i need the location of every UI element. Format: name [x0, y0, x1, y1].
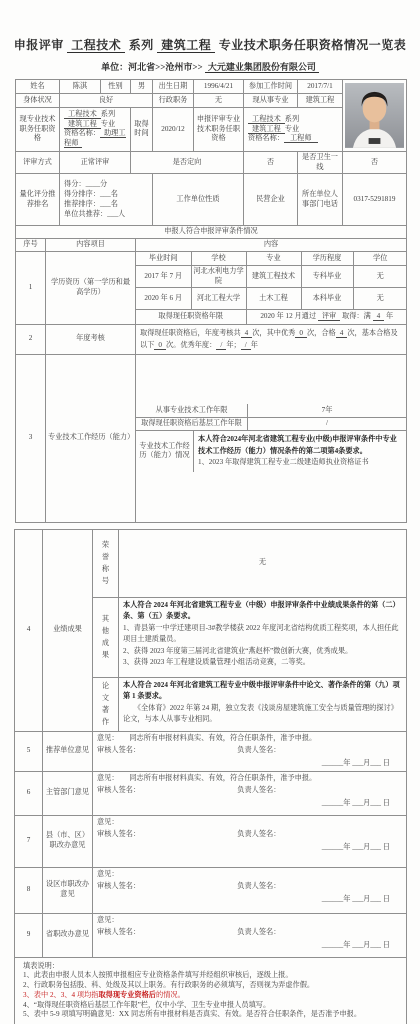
applicant-photo-image: [345, 83, 404, 148]
edu-header-major: 专业: [246, 252, 301, 265]
page-title: 申报评审 工程技术 系列 建筑工程 专业技术职务任职资格情况一览表: [0, 0, 420, 53]
current-series-suffix: 系列: [101, 110, 115, 118]
frontline-value: 否: [343, 151, 407, 173]
note-3-suffix: 的情况。: [156, 991, 185, 999]
opinion8-no: 8: [15, 867, 43, 913]
opinion6-signs: 审核人签名： 负责人签名：: [97, 786, 402, 796]
item1-label: 学历资历（第一学历和最高学历）: [46, 252, 136, 325]
frontline-label: 是否卫生一线: [298, 151, 343, 173]
title-major-value: 建筑工程: [157, 38, 215, 53]
papers-vertical: 论文著作: [102, 680, 109, 729]
quant-line-2: 得分排序：___名: [64, 190, 148, 200]
unit-type-value: 民营企业: [244, 174, 298, 226]
work-years-label: 从事专业技术工作年限: [136, 404, 248, 417]
other-achievements-label: 其他成果: [93, 597, 119, 677]
current-major2: 建筑工程: [64, 120, 101, 129]
opinion7-reviewer-sign: 审核人签名：: [97, 830, 237, 840]
item1-content: 毕业时间 学校 专业 学历程度 学位 2017 年 7 月 河北水利电力学院 建…: [136, 252, 407, 325]
apply-major: 建筑工程: [248, 125, 285, 134]
honor-title-vertical: 荣誉称号: [102, 539, 109, 588]
review-mode-value: 正常评审: [60, 151, 131, 173]
join-label: 参加工作时间: [244, 80, 298, 94]
note-3: 3、表中 2、3、4 项均指取得现专业资格后的情况。: [23, 991, 398, 1001]
opinion8-label: 设区市职改办意见: [43, 867, 93, 913]
current-major-suffix: 专业: [101, 120, 115, 128]
tenure-value: 2020 年 12 月通过 评审 取得：满 4 年: [246, 310, 407, 324]
apply-cert-label: 资格名称：: [248, 134, 284, 142]
assess-t7: 年: [251, 341, 258, 349]
personal-info-table: 姓名 陈淇 性别 男 出生日期 1996/4/21 参加工作时间 2017/7/…: [15, 79, 407, 226]
directional-value: 否: [244, 151, 298, 173]
quant-line-1: 得分：____分: [64, 180, 148, 190]
join-value: 2017/7/1: [298, 80, 343, 94]
other-item-3: 3、获得 2023 年工程建设质量管理小组活动竞赛，二等奖。: [123, 657, 402, 669]
col-header-no: 序号: [16, 239, 46, 252]
item2-label: 年度考核: [46, 325, 136, 354]
unit-value: 大元建业集团股份有限公司: [205, 62, 319, 73]
opinion9-no: 9: [15, 913, 43, 957]
opinion5-date: ______年 ___月___ 日: [97, 759, 402, 769]
conditions-section-header: 申报人符合申报评审条件情况: [16, 226, 407, 239]
assess-pass: 4: [336, 329, 348, 338]
current-title-label: 现专业技术职务任职资格: [16, 108, 60, 152]
opinion9-signs: 审核人签名： 负责人签名：: [97, 928, 402, 938]
opinion5-no: 5: [15, 731, 43, 771]
edu-row2-degree: 无: [353, 288, 407, 310]
birth-value: 1996/4/21: [194, 80, 244, 94]
conditions-table: 申报人符合申报评审条件情况 序号 内容项目 内容 1 学历资历（第一学历和最高学…: [15, 225, 407, 522]
opinion9-reviewer-sign: 审核人签名：: [97, 928, 237, 938]
item1-no: 1: [16, 252, 46, 325]
opinion8-signs: 审核人签名： 负责人签名：: [97, 882, 402, 892]
unit-label: 单位：河北省>>沧州市>>: [101, 62, 203, 72]
experience-label: 专业技术工作经历（能力）情况: [136, 431, 194, 472]
hr-phone-label: 所在单位人事部门电话: [298, 174, 343, 226]
opinion8-reviewer-sign: 审核人签名：: [97, 882, 237, 892]
opinion8-text: 意见：: [97, 870, 402, 880]
col-header-item: 内容项目: [46, 239, 136, 252]
assess-excellent: 0: [295, 329, 307, 338]
paper-claim: 本人符合 2024 年河北省建筑工程专业中级申报评审条件中论文、著作条件的第（九…: [123, 680, 402, 703]
achievements-opinions-table: 4 业绩成果 荣誉称号 无 其他成果 本人符合 2024 年河北省建筑工程专业（…: [14, 529, 407, 1024]
edu-header-degree-level: 学历程度: [301, 252, 353, 265]
apply-major-suffix: 专业: [285, 125, 299, 133]
note-1: 1、此表由申报人员本人按照申报相应专业资格条件填写并经组织审核后，逐级上报。: [23, 971, 398, 981]
papers-label: 论文著作: [93, 677, 119, 731]
opinion7-date: ______年 ___月___ 日: [97, 843, 402, 853]
edu-row1-degree: 无: [353, 265, 407, 287]
directional-label: 是否定向: [131, 151, 244, 173]
item3-content: 从事专业技术工作年限 7年 取得现任职资格后基层工作年限 / 专业技术工作经历（…: [136, 354, 407, 522]
experience-claim: 本人符合2024年河北省建筑工程专业(中级)申报评审条件中专业技术工作经历（能力…: [198, 434, 402, 457]
assess-t1: 取得现任职资格后，年度考核共: [140, 329, 241, 337]
edu-row2-degree-level: 本科毕业: [301, 288, 353, 310]
current-cert-label: 资格名称：: [64, 129, 100, 137]
opinion7-text: 意见：: [97, 818, 402, 828]
grassroots-row: 取得现任职资格后基层工作年限 /: [136, 417, 406, 430]
other-claim: 本人符合 2024 年河北省建筑工程专业（中级）申报评审条件中业绩成果条件的第（…: [123, 600, 402, 623]
title-suffix: 专业技术职务任职资格情况一览表: [219, 38, 407, 52]
opinion9-leader-sign: 负责人签名：: [237, 928, 280, 938]
title-series-value: 工程技术: [67, 38, 125, 53]
note-2: 2、行政职务包括股、科、处级及其以上职务。有行政职务的必须填写，否则视为弄虚作假…: [23, 981, 398, 991]
note-5: 5、表中 5-9 项填写明确意见：XX 同志所有申报材料是否真实、有效。是否符合…: [23, 1010, 398, 1020]
item3-subgrid: 从事专业技术工作年限 7年 取得现任职资格后基层工作年限 / 专业技术工作经历（…: [136, 404, 406, 472]
experience-entry-1: 1、2023 年取得建筑工程专业二级建造师执业资格证书: [198, 457, 402, 469]
note-4: 4、“取得现任职资格后基层工作年限”栏，仅中小学、卫生专业申报人员填写。: [23, 1001, 398, 1011]
notes-title: 填表说明：: [23, 962, 398, 972]
name-value: 陈淇: [60, 80, 101, 94]
opinion5-label: 推荐单位意见: [43, 731, 93, 771]
current-title-detail: 工程技术系列 建筑工程专业 资格名称：助理工程师: [60, 108, 131, 152]
health-label: 身体状况: [16, 94, 60, 108]
item3-label: 专业技术工作经历（能力）: [46, 354, 136, 522]
opinion5-content: 意见： 同志所有申报材料真实、有效，符合任职条件，准予申报。 审核人签名： 负责…: [93, 731, 407, 771]
apply-title-label: 申报评审专业技术职务任职资格: [194, 108, 244, 152]
tenure-t1: 2020 年 12 月通过: [260, 312, 316, 320]
opinion5-text: 意见： 同志所有申报材料真实、有效，符合任职条件，准予申报。: [97, 734, 402, 744]
form-notes: 填表说明： 1、此表由申报人员本人按照申报相应专业资格条件填写并经组织审核后，逐…: [15, 957, 407, 1024]
gender-value: 男: [131, 80, 153, 94]
work-years-row: 从事专业技术工作年限 7年: [136, 404, 406, 417]
opinion6-label: 主管部门意见: [43, 771, 93, 815]
obtain-time-label: 取得时间: [131, 108, 153, 152]
edu-header-school: 学校: [191, 252, 246, 265]
tenure-t3: 年: [386, 312, 393, 320]
opinion7-label: 县（市、区）职改办意见: [43, 815, 93, 867]
opinion6-content: 意见： 同志所有申报材料真实、有效，符合任职条件，准予申报。 审核人签名： 负责…: [93, 771, 407, 815]
opinion9-date: ______年 ___月___ 日: [97, 941, 402, 951]
assess-t6: 年；: [226, 341, 240, 349]
opinion8-content: 意见： 审核人签名： 负责人签名： ______年 ___月___ 日: [93, 867, 407, 913]
apply-cert-value: 工程师: [284, 134, 318, 143]
item3-no: 3: [16, 354, 46, 522]
tenure-label: 取得现任职资格年限: [136, 310, 246, 324]
assess-basic: 0: [154, 341, 166, 350]
tenure-t2: 取得：满: [342, 312, 371, 320]
item4-label: 业绩成果: [43, 529, 93, 731]
opinion5-signs: 审核人签名： 负责人签名：: [97, 746, 402, 756]
edu-row1-time: 2017 年 7 月: [136, 265, 191, 287]
work-years-value: 7年: [248, 404, 406, 417]
current-major-label: 现从事专业: [244, 94, 298, 108]
title-middle: 系列: [129, 38, 154, 52]
opinion7-no: 7: [15, 815, 43, 867]
honor-value: 无: [119, 529, 407, 597]
note-3-prefix: 3、表中 2、3、4 项均指: [23, 991, 98, 999]
title-prefix: 申报评审: [14, 38, 64, 52]
obtain-time-value: 2020/12: [153, 108, 194, 152]
paper-text: 《全体育》2022 年第 24 期，独立发表《浅谈房屋建筑施工安全与质量管理的探…: [123, 703, 402, 726]
quant-line-4: 单位共推荐：___人: [64, 210, 148, 220]
hr-phone-value: 0317-5291819: [343, 174, 407, 226]
opinion9-label: 省职改办意见: [43, 913, 93, 957]
experience-content: 本人符合2024年河北省建筑工程专业(中级)申报评审条件中专业技术工作经历（能力…: [194, 431, 406, 472]
assess-year2: /: [241, 341, 251, 350]
grassroots-value: /: [248, 418, 406, 430]
col-header-content: 内容: [136, 239, 407, 252]
opinion6-no: 6: [15, 771, 43, 815]
opinion9-text: 意见：: [97, 916, 402, 926]
current-series: 工程技术: [64, 110, 101, 119]
assess-total: 4: [241, 329, 253, 338]
apply-series: 工程技术: [248, 115, 285, 124]
opinion6-text: 意见： 同志所有申报材料真实、有效，符合任职条件，准予申报。: [97, 774, 402, 784]
gender-label: 性别: [101, 80, 131, 94]
edu-row2-major: 土木工程: [246, 288, 301, 310]
item2-content: 取得现任职资格后，年度考核共4次，其中优秀0次，合格4次，基本合格及以下0次。优…: [136, 325, 407, 354]
opinion6-date: ______年 ___月___ 日: [97, 799, 402, 809]
other-item-2: 2、获得 2023 年度第三届河北省建筑业“燕赵杯”微创新大赛，优秀成果。: [123, 646, 402, 658]
other-item-1: 1、青县第一中学迁建项目-3#教学楼获 2022 年度河北省结构优质工程奖项，本…: [123, 623, 402, 646]
assess-year1: /: [216, 341, 226, 350]
application-review-form-page: 申报评审 工程技术 系列 建筑工程 专业技术职务任职资格情况一览表 单位：河北省…: [0, 0, 420, 1024]
review-mode-label: 评审方式: [16, 151, 60, 173]
apply-series-suffix: 系列: [285, 115, 299, 123]
opinion8-leader-sign: 负责人签名：: [237, 882, 280, 892]
note-3-emphasis: 取得现专业资格后: [98, 991, 156, 999]
papers-content: 本人符合 2024 年河北省建筑工程专业中级申报评审条件中论文、著作条件的第（九…: [119, 677, 407, 731]
edu-row1-major: 建筑工程技术: [246, 265, 301, 287]
unit-type-label: 工作单位性质: [153, 174, 244, 226]
name-label: 姓名: [16, 80, 60, 94]
quant-line-3: 推荐排序：___名: [64, 200, 148, 210]
honor-title-label: 荣誉称号: [93, 529, 119, 597]
tenure-years: 4: [373, 312, 385, 321]
quant-score-detail: 得分：____分 得分排序：___名 推荐排序：___名 单位共推荐：___人: [60, 174, 153, 226]
edu-header-time: 毕业时间: [136, 252, 191, 265]
birth-label: 出生日期: [153, 80, 194, 94]
experience-row: 专业技术工作经历（能力）情况 本人符合2024年河北省建筑工程专业(中级)申报评…: [136, 430, 406, 472]
current-major-value: 建筑工程: [298, 94, 343, 108]
item4-no: 4: [15, 529, 43, 731]
photo-cell: [343, 80, 407, 152]
tenure-method: 评审: [318, 312, 340, 321]
opinion5-leader-sign: 负责人签名：: [237, 746, 280, 756]
admin-duty-label: 行政职务: [153, 94, 194, 108]
quant-score-label: 量化评分推荐排名: [16, 174, 60, 226]
assess-t2: 次，其中优秀: [252, 329, 295, 337]
admin-duty-value: 无: [194, 94, 244, 108]
opinion7-leader-sign: 负责人签名：: [237, 830, 280, 840]
edu-row2-time: 2020 年 6 月: [136, 288, 191, 310]
assess-t3: 次，合格: [307, 329, 336, 337]
opinion7-signs: 审核人签名： 负责人签名：: [97, 830, 402, 840]
health-value: 良好: [60, 94, 153, 108]
other-achievements-content: 本人符合 2024 年河北省建筑工程专业（中级）申报评审条件中业绩成果条件的第（…: [119, 597, 407, 677]
opinion7-content: 意见： 审核人签名： 负责人签名： ______年 ___月___ 日: [93, 815, 407, 867]
grassroots-label: 取得现任职资格后基层工作年限: [136, 418, 248, 430]
applicant-photo: [343, 81, 406, 150]
opinion5-reviewer-sign: 审核人签名：: [97, 746, 237, 756]
opinion8-date: ______年 ___月___ 日: [97, 895, 402, 905]
education-table: 毕业时间 学校 专业 学历程度 学位 2017 年 7 月 河北水利电力学院 建…: [136, 252, 407, 323]
opinion6-leader-sign: 负责人签名：: [237, 786, 280, 796]
apply-title-detail: 工程技术系列 建筑工程专业 资格名称：工程师: [244, 108, 343, 152]
edu-header-degree: 学位: [353, 252, 407, 265]
item2-no: 2: [16, 325, 46, 354]
edu-row1-school: 河北水利电力学院: [191, 265, 246, 287]
other-achievements-vertical: 其他成果: [102, 613, 109, 662]
edu-row2-school: 河北工程大学: [191, 288, 246, 310]
opinion9-content: 意见： 审核人签名： 负责人签名： ______年 ___月___ 日: [93, 913, 407, 957]
assess-t5: 次。优秀年度：: [166, 341, 216, 349]
opinion6-reviewer-sign: 审核人签名：: [97, 786, 237, 796]
unit-line: 单位：河北省>>沧州市>> 大元建业集团股份有限公司: [0, 60, 420, 73]
edu-row1-degree-level: 专科毕业: [301, 265, 353, 287]
